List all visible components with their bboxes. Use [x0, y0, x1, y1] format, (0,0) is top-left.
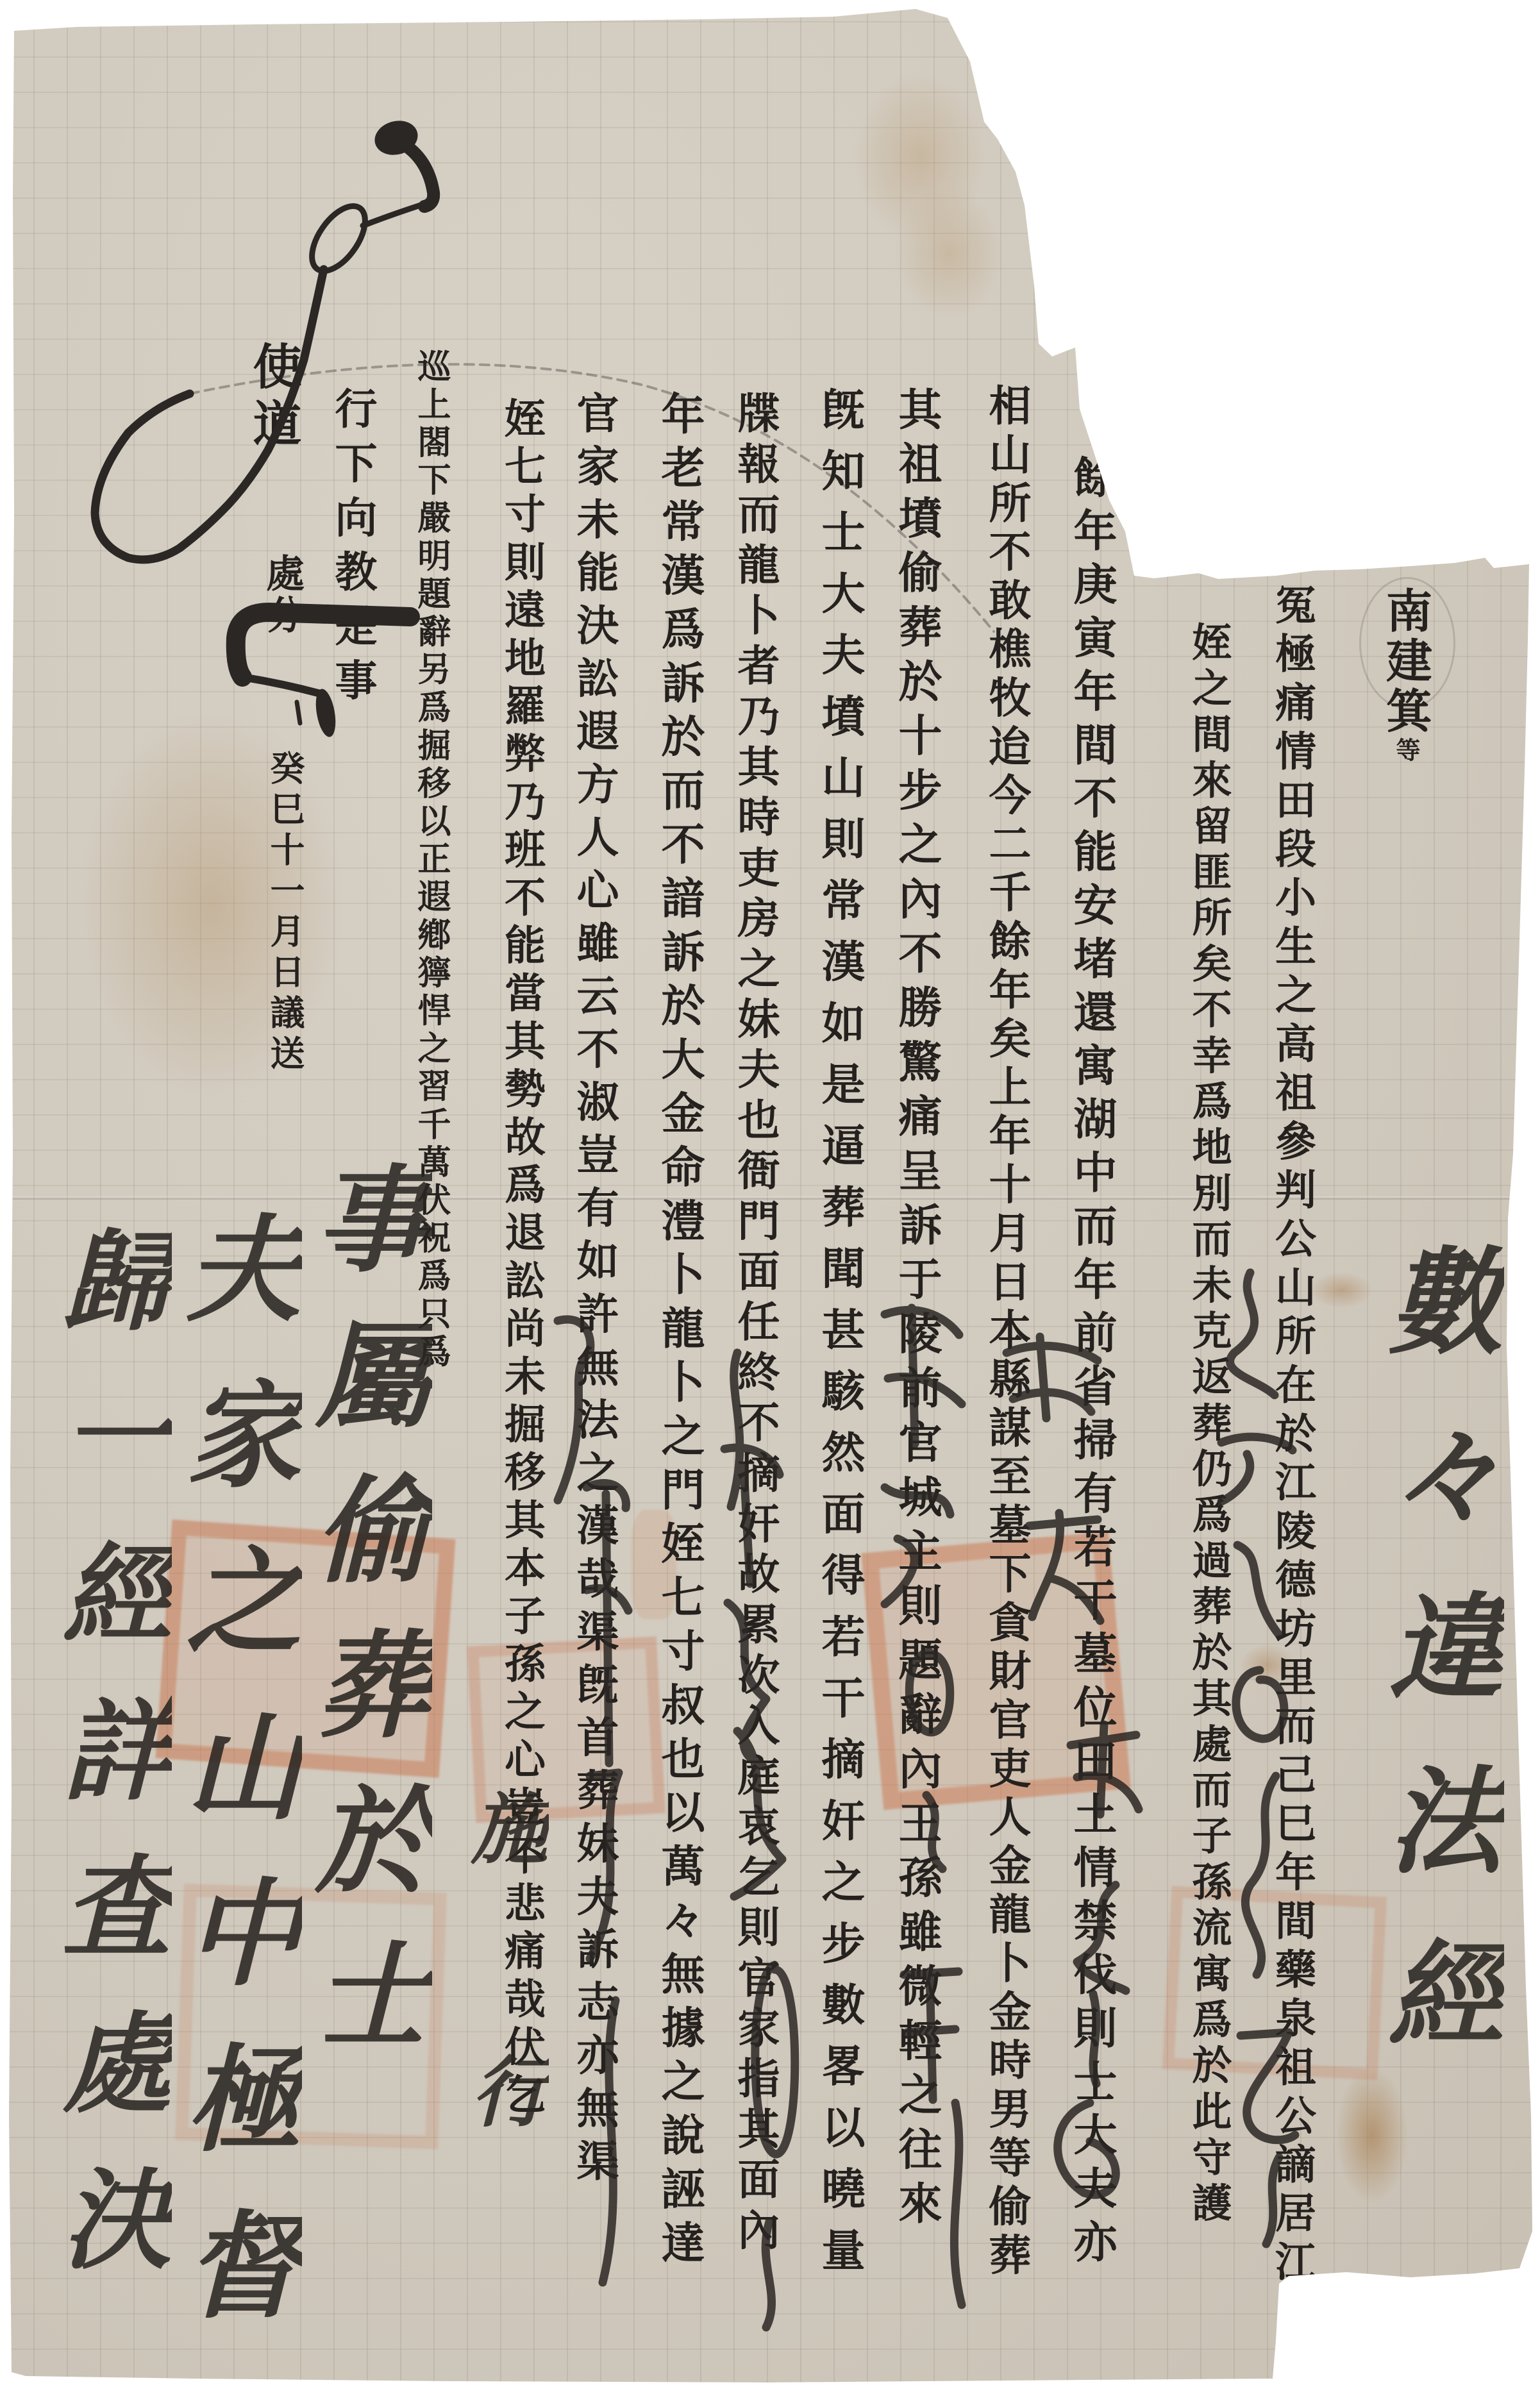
- brush-stroke: [1093, 1994, 1096, 2084]
- faint-arc-line: [190, 364, 994, 632]
- brush-stroke: [558, 1319, 590, 1500]
- brush-stroke: [603, 2000, 615, 2282]
- brush-stroke: [885, 1539, 914, 1604]
- brush-stroke: [1241, 2032, 1295, 2140]
- brush-stroke: [885, 1310, 959, 1335]
- signature-mark: [95, 116, 994, 632]
- brush-stroke: [1236, 1670, 1284, 1739]
- brush-stroke: [734, 1731, 782, 1896]
- endorsement-cursive-overlay: [558, 1273, 1295, 2327]
- brush-stroke: [724, 1448, 780, 1475]
- brush-stroke: [954, 2103, 962, 2305]
- brush-stroke: [1221, 1454, 1250, 1502]
- brush-stroke: [930, 1971, 933, 2100]
- brush-stroke: [909, 1652, 950, 1732]
- brush-stroke: [95, 269, 324, 560]
- brush-stroke: [1230, 1273, 1275, 1395]
- brush-stroke: [885, 1487, 950, 1514]
- brush-stroke: [590, 1773, 619, 1959]
- brush-stroke: [1007, 1346, 1098, 1360]
- brush-stroke: [1266, 2157, 1279, 2244]
- brush-stroke: [1237, 1545, 1279, 1635]
- brush-stroke: [363, 204, 424, 226]
- bracket-mark: [236, 612, 410, 739]
- brush-stroke: [297, 702, 300, 723]
- brush-stroke: [1077, 1775, 1139, 1809]
- brush-stroke: [1245, 1776, 1276, 1975]
- brush-stroke: [1221, 1437, 1293, 1450]
- brush-stroke: [926, 1795, 942, 1869]
- brush-stroke: [606, 1494, 609, 1763]
- brush-stroke: [236, 612, 410, 677]
- brush-stroke: [731, 1353, 740, 1507]
- brush-marks-layer: [0, 0, 1540, 2385]
- brush-stroke: [404, 144, 433, 206]
- brush-stroke: [1100, 1725, 1104, 1814]
- brush-stroke: [242, 677, 321, 694]
- brush-stroke: [888, 1377, 962, 1404]
- brush-stroke: [1013, 1393, 1091, 1412]
- brush-stroke: [744, 1468, 750, 1584]
- paper-document: 南建箕 等 冤極痛情田段小生之高祖參判公山所在於江陵德坊里而己巳年間藥泉祖公謫居…: [0, 0, 1540, 2385]
- brush-stroke: [1058, 2103, 1116, 2195]
- brush-stroke: [1077, 1885, 1126, 1991]
- brush-stroke: [755, 1965, 795, 2154]
- brush-stroke: [766, 2222, 771, 2327]
- brush-stroke: [1051, 1578, 1100, 1621]
- signature-loop: [301, 197, 376, 280]
